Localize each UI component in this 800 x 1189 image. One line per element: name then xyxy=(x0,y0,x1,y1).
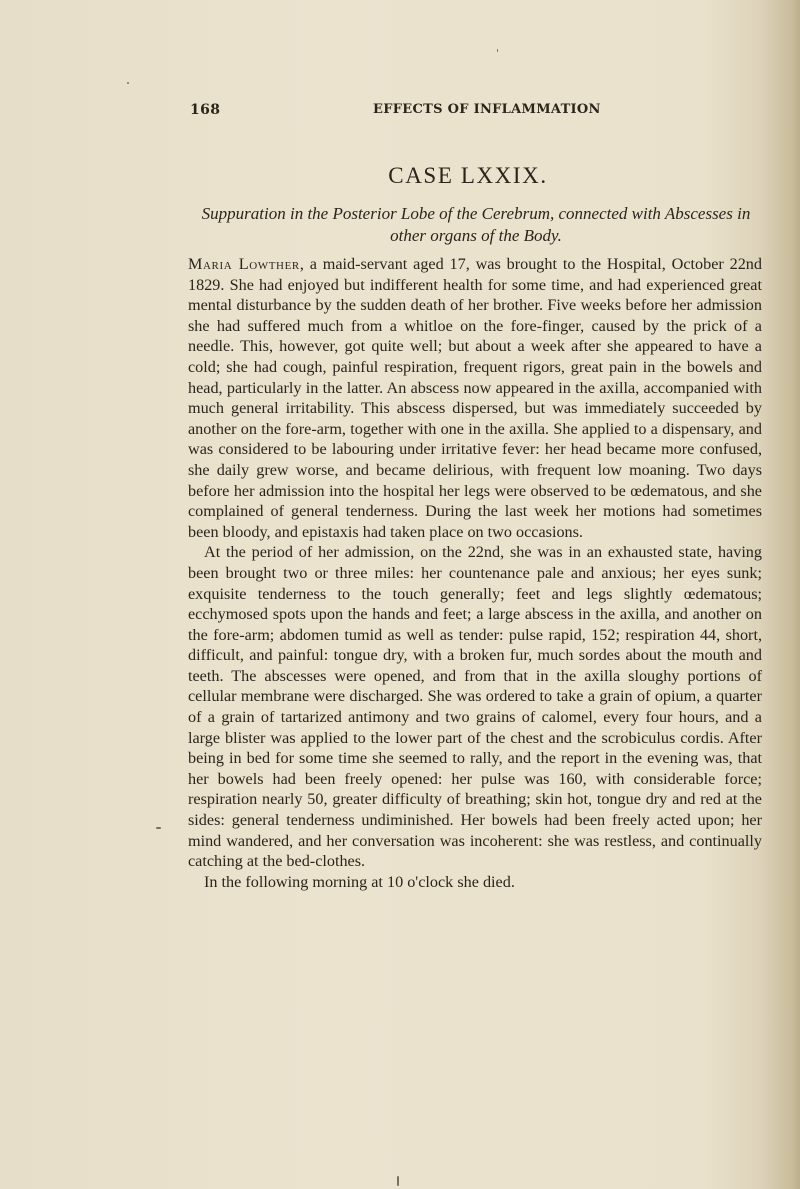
print-speck xyxy=(497,49,498,52)
print-speck xyxy=(156,827,161,829)
book-page: 168 EFFECTS OF INFLAMMATION CASE LXXIX. … xyxy=(0,0,800,1189)
print-speck xyxy=(127,82,129,84)
paragraph-death: In the following morning at 10 o'clock s… xyxy=(188,872,762,893)
print-speck xyxy=(397,1176,399,1186)
paragraph-history: Maria Lowther, a maid-servant aged 17, w… xyxy=(188,254,762,542)
paragraph-admission: At the period of her admission, on the 2… xyxy=(188,542,762,872)
page-number: 168 xyxy=(190,102,220,118)
running-title: EFFECTS OF INFLAMMATION xyxy=(373,102,601,117)
case-subtitle: Suppuration in the Posterior Lobe of the… xyxy=(190,203,762,247)
running-head: 168 EFFECTS OF INFLAMMATION xyxy=(190,102,760,122)
case-body: Maria Lowther, a maid-servant aged 17, w… xyxy=(188,254,762,892)
paragraph-history-text: , a maid-servant aged 17, was brought to… xyxy=(188,255,762,541)
patient-name: Maria Lowther xyxy=(188,255,300,273)
case-title: CASE LXXIX. xyxy=(0,163,800,189)
